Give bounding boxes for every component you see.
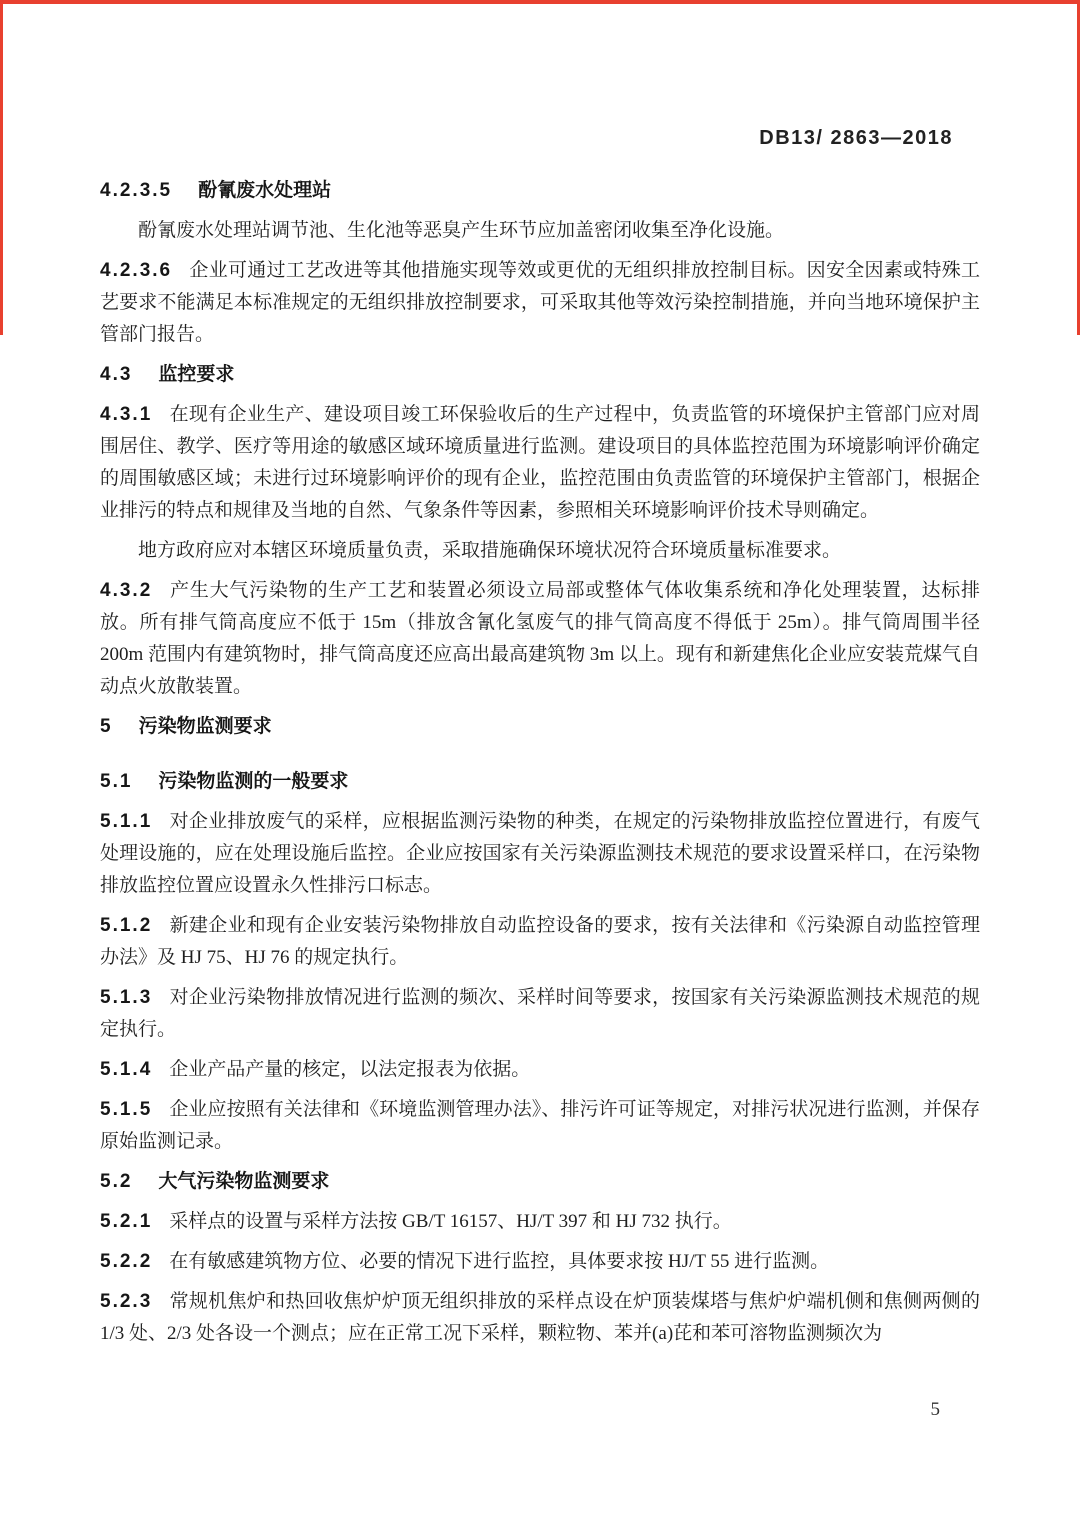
clause-number: 5.1.2 — [100, 915, 152, 936]
heading-4-3: 4.3监控要求 — [100, 359, 980, 391]
chapter-number: 5 — [100, 716, 113, 737]
document-page: DB13/ 2863—2018 4.2.3.5酚氰废水处理站 酚氰废水处理站调节… — [0, 0, 1080, 1527]
clause-text: 新建企业和现有企业安装污染物排放自动监控设备的要求，按有关法律和《污染源自动监控… — [100, 915, 980, 968]
heading-4-2-3-5: 4.2.3.5酚氰废水处理站 — [100, 175, 980, 207]
clause-4-2-3-6: 4.2.3.6企业可通过工艺改进等其他措施实现等效或更优的无组织排放控制目标。因… — [100, 255, 980, 351]
clause-5-1-2: 5.1.2新建企业和现有企业安装污染物排放自动监控设备的要求，按有关法律和《污染… — [100, 910, 980, 974]
clause-number: 5.1.3 — [100, 987, 152, 1008]
clause-text: 常规机焦炉和热回收焦炉炉顶无组织排放的采样点设在炉顶装煤塔与焦炉炉端机侧和焦侧两… — [100, 1291, 980, 1344]
clause-number: 4.3 — [100, 364, 132, 385]
page-number: 5 — [931, 1399, 941, 1420]
clause-text: 在现有企业生产、建设项目竣工环保验收后的生产过程中，负责监管的环境保护主管部门应… — [100, 404, 980, 521]
clause-number: 4.3.2 — [100, 580, 152, 601]
clause-text: 企业可通过工艺改进等其他措施实现等效或更优的无组织排放控制目标。因安全因素或特殊… — [100, 260, 980, 345]
clause-number: 5.1.4 — [100, 1059, 152, 1080]
clause-text: 对企业污染物排放情况进行监测的频次、采样时间等要求，按国家有关污染源监测技术规范… — [100, 987, 980, 1040]
heading-5-1: 5.1污染物监测的一般要求 — [100, 766, 980, 798]
clause-number: 5.1 — [100, 771, 132, 792]
page-footer: 5 — [931, 1394, 941, 1426]
clause-text: 对企业排放废气的采样，应根据监测污染物的种类，在规定的污染物排放监控位置进行，有… — [100, 811, 980, 896]
clause-5-1-1: 5.1.1对企业排放废气的采样，应根据监测污染物的种类，在规定的污染物排放监控位… — [100, 806, 980, 902]
clause-title: 污染物监测的一般要求 — [158, 771, 348, 792]
scan-artifact-left-edge — [0, 0, 3, 335]
heading-5-2: 5.2大气污染物监测要求 — [100, 1166, 980, 1198]
clause-text: 企业产品产量的核定，以法定报表为依据。 — [169, 1059, 530, 1080]
standard-number: DB13/ 2863—2018 — [759, 127, 953, 149]
clause-number: 5.1.1 — [100, 811, 152, 832]
clause-5-2-2: 5.2.2在有敏感建筑物方位、必要的情况下进行监控，具体要求按 HJ/T 55 … — [100, 1246, 980, 1278]
clause-number: 4.2.3.6 — [100, 260, 172, 281]
clause-4-3-2: 4.3.2产生大气污染物的生产工艺和装置必须设立局部或整体气体收集系统和净化处理… — [100, 575, 980, 703]
clause-5-1-5: 5.1.5企业应按照有关法律和《环境监测管理办法》、排污许可证等规定，对排污状况… — [100, 1094, 980, 1158]
clause-number: 4.2.3.5 — [100, 180, 172, 201]
clause-number: 5.2.2 — [100, 1251, 152, 1272]
clause-text: 采样点的设置与采样方法按 GB/T 16157、HJ/T 397 和 HJ 73… — [169, 1211, 731, 1232]
clause-number: 5.2.3 — [100, 1291, 152, 1312]
clause-5-2-1: 5.2.1采样点的设置与采样方法按 GB/T 16157、HJ/T 397 和 … — [100, 1206, 980, 1238]
clause-5-1-3: 5.1.3对企业污染物排放情况进行监测的频次、采样时间等要求，按国家有关污染源监… — [100, 982, 980, 1046]
heading-5: 5污染物监测要求 — [100, 711, 980, 743]
clause-number: 5.2.1 — [100, 1211, 152, 1232]
chapter-title: 污染物监测要求 — [139, 716, 272, 737]
clause-4-3-1: 4.3.1在现有企业生产、建设项目竣工环保验收后的生产过程中，负责监管的环境保护… — [100, 399, 980, 527]
doc-header: DB13/ 2863—2018 — [0, 0, 1080, 152]
document-body: 4.2.3.5酚氰废水处理站 酚氰废水处理站调节池、生化池等恶臭产生环节应加盖密… — [100, 175, 980, 1350]
clause-number: 4.3.1 — [100, 404, 152, 425]
clause-text: 产生大气污染物的生产工艺和装置必须设立局部或整体气体收集系统和净化处理装置，达标… — [100, 580, 980, 697]
clause-title: 监控要求 — [158, 364, 234, 385]
clause-5-2-3: 5.2.3常规机焦炉和热回收焦炉炉顶无组织排放的采样点设在炉顶装煤塔与焦炉炉端机… — [100, 1286, 980, 1350]
clause-text: 在有敏感建筑物方位、必要的情况下进行监控，具体要求按 HJ/T 55 进行监测。 — [169, 1251, 829, 1272]
clause-5-1-4: 5.1.4企业产品产量的核定，以法定报表为依据。 — [100, 1054, 980, 1086]
scan-artifact-top-edge — [0, 0, 1080, 4]
clause-number: 5.2 — [100, 1171, 132, 1192]
clause-number: 5.1.5 — [100, 1099, 152, 1120]
clause-text: 企业应按照有关法律和《环境监测管理办法》、排污许可证等规定，对排污状况进行监测，… — [100, 1099, 980, 1152]
paragraph-local-government: 地方政府应对本辖区环境质量负责，采取措施确保环境状况符合环境质量标准要求。 — [100, 535, 980, 567]
clause-title: 大气污染物监测要求 — [158, 1171, 329, 1192]
paragraph-phenol-cyanide: 酚氰废水处理站调节池、生化池等恶臭产生环节应加盖密闭收集至净化设施。 — [100, 215, 980, 247]
clause-title: 酚氰废水处理站 — [198, 180, 331, 201]
